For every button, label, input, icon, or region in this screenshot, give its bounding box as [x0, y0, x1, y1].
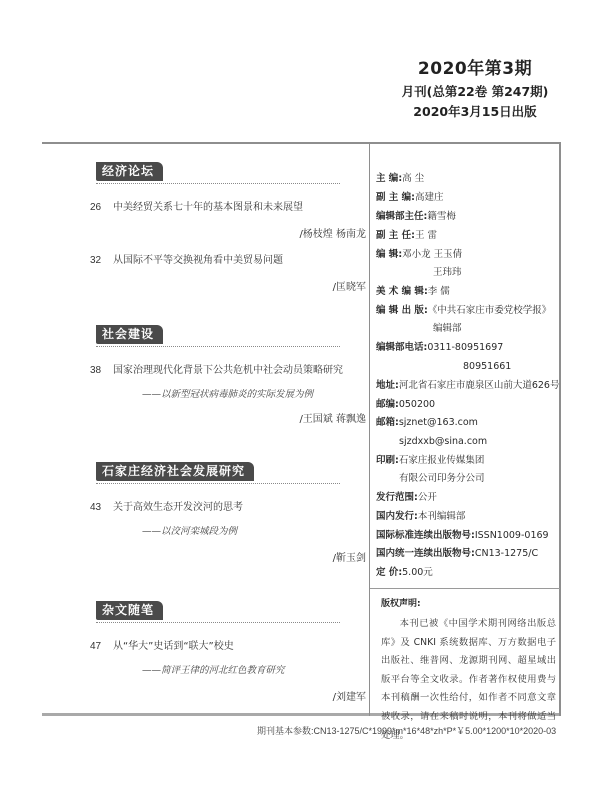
issue-number: 2020年第3期: [360, 58, 590, 80]
article-page: 43: [90, 501, 113, 515]
section-rule: [96, 622, 340, 623]
article-title: 国家治理现代化背景下公共危机中社会动员策略研究: [113, 365, 343, 376]
section-essays: 杂文随笔 47从“华大”史话到“联大”校史 ——简评王律的河北红色教育研究 /刘…: [96, 599, 366, 705]
masthead-row: sjzdxxb@sina.com: [399, 435, 487, 448]
frame-top-rule: [42, 142, 561, 144]
article-authors: /刘建军: [96, 691, 366, 705]
column-divider: [369, 142, 370, 716]
masthead-row: 印刷:石家庄报业传媒集团: [376, 454, 484, 467]
article-page: 47: [90, 640, 113, 654]
masthead-row: 编辑部电话:0311-80951697: [376, 341, 503, 354]
section-rule: [96, 483, 340, 484]
article-page: 38: [90, 364, 113, 378]
masthead-row: 主 编:高 尘: [376, 172, 424, 185]
issue-volume: 月刊(总第22卷 第247期): [360, 82, 590, 102]
article-authors: /靳玉剑: [96, 552, 366, 566]
article-title: 从国际不平等交换视角看中美贸易问题: [113, 255, 283, 266]
article-authors: /王国斌 蒋飘逸: [96, 413, 366, 427]
section-label: 社会建设: [96, 325, 163, 344]
article-page: 32: [90, 254, 113, 268]
section-label: 经济论坛: [96, 162, 163, 181]
masthead-row: 定 价:5.00元: [376, 566, 433, 579]
masthead-row: 有限公司印务分公司: [399, 472, 485, 485]
copyright-title: 版权声明:: [381, 598, 556, 611]
article-authors: /匡晓军: [96, 281, 366, 295]
masthead-row: 发行范围:公开: [376, 491, 437, 504]
article-title: 中美经贸关系七十年的基本图景和未来展望: [113, 202, 303, 213]
masthead-row: 编辑部: [433, 322, 462, 335]
article-authors: /杨枝煌 杨南龙: [96, 228, 366, 242]
masthead-row: 编 辑:邓小龙 王玉倩: [376, 248, 462, 261]
article-subtitle: ——以新型冠状病毒肺炎的实际发展为例: [96, 388, 366, 402]
masthead-row: 编 辑 出 版:《中共石家庄市委党校学报》: [376, 304, 551, 317]
masthead-row: 编辑部主任:籍雪梅: [376, 210, 456, 223]
section-social-construction: 社会建设 38国家治理现代化背景下公共危机中社会动员策略研究 ——以新型冠状病毒…: [96, 323, 366, 427]
article-entry[interactable]: 43关于高效生态开发洨河的思考 ——以洨河栾城段为例 /靳玉剑: [96, 501, 366, 566]
section-rule: [96, 346, 340, 347]
masthead-row: 邮箱:sjznet@163.com: [376, 416, 478, 429]
masthead-row: 美 术 编 辑:李 儒: [376, 285, 450, 298]
masthead-row: 王玮玮: [433, 266, 462, 279]
masthead-row: 副 主 编:高建庄: [376, 191, 443, 204]
article-title: 从“华大”史话到“联大”校史: [113, 641, 234, 652]
article-subtitle: ——以洨河栾城段为例: [96, 525, 366, 539]
masthead-row: 国内发行:本刊编辑部: [376, 510, 465, 523]
masthead-row: 国际标准连续出版物号:ISSN1009-0169: [376, 529, 549, 542]
article-subtitle: ——简评王律的河北红色教育研究: [96, 664, 366, 678]
section-label: 杂文随笔: [96, 601, 163, 620]
issue-header: 2020年第3期 月刊(总第22卷 第247期) 2020年3月15日出版: [360, 58, 590, 122]
section-economic-forum: 经济论坛 26中美经贸关系七十年的基本图景和未来展望 /杨枝煌 杨南龙 32从国…: [96, 160, 366, 295]
section-shijiazhuang-research: 石家庄经济社会发展研究 43关于高效生态开发洨河的思考 ——以洨河栾城段为例 /…: [96, 460, 366, 566]
masthead-row: 80951661: [463, 360, 511, 373]
section-label: 石家庄经济社会发展研究: [96, 462, 254, 481]
article-entry[interactable]: 47从“华大”史话到“联大”校史 ——简评王律的河北红色教育研究 /刘建军: [96, 640, 366, 705]
publication-date: 2020年3月15日出版: [360, 102, 590, 122]
article-entry[interactable]: 38国家治理现代化背景下公共危机中社会动员策略研究 ——以新型冠状病毒肺炎的实际…: [96, 364, 366, 427]
article-title: 关于高效生态开发洨河的思考: [113, 502, 243, 513]
section-rule: [96, 183, 340, 184]
masthead-row: 地址:河北省石家庄市鹿泉区山前大道626号: [376, 379, 559, 392]
journal-parameters: 期刊基本参数:CN13-1275/C*1999*m*16*48*zh*P*￥5.…: [257, 724, 556, 737]
article-page: 26: [90, 201, 113, 215]
article-entry[interactable]: 26中美经贸关系七十年的基本图景和未来展望 /杨枝煌 杨南龙: [96, 201, 366, 242]
masthead-row: 国内统一连续出版物号:CN13-1275/C: [376, 547, 538, 560]
article-entry[interactable]: 32从国际不平等交换视角看中美贸易问题 /匡晓军: [96, 254, 366, 295]
frame-right-rule: [559, 142, 561, 716]
masthead-row: 邮编:050200: [376, 398, 435, 411]
copyright-divider: [370, 588, 560, 589]
masthead-row: 副 主 任:王 雷: [376, 229, 437, 242]
